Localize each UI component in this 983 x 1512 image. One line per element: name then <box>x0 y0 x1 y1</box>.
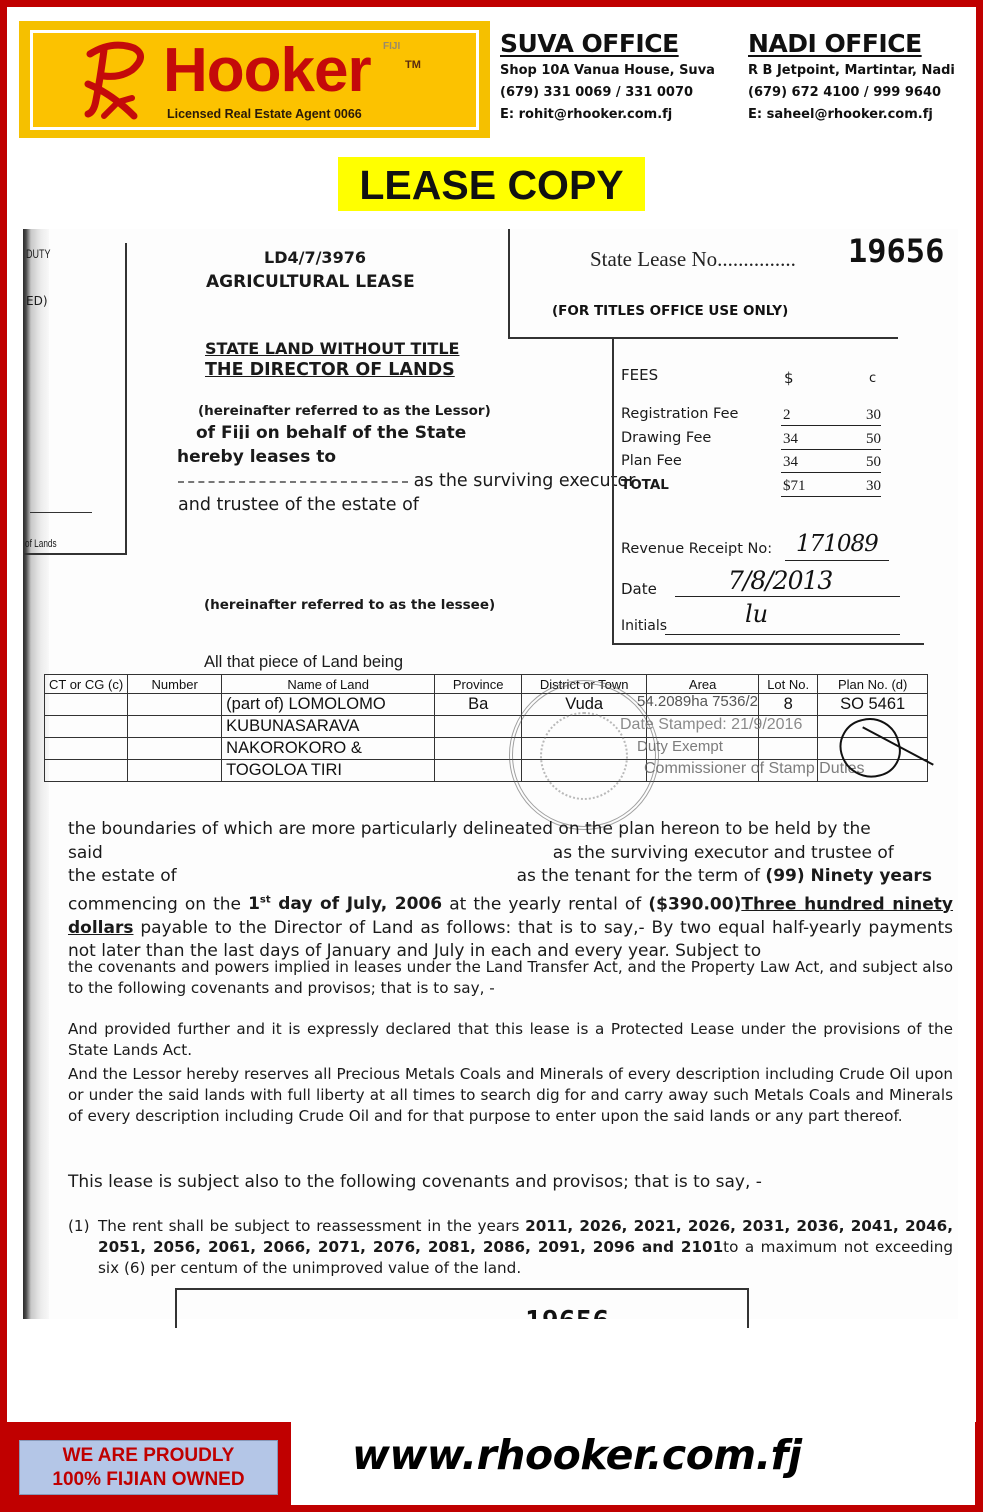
fee-row: Registration Fee 230 <box>621 406 891 430</box>
director-heading: THE DIRECTOR OF LANDS <box>205 360 455 380</box>
minerals-paragraph: And the Lessor hereby reserves all Preci… <box>68 1064 953 1127</box>
margin-duty: DUTY <box>26 247 51 261</box>
land-intro: All that piece of Land being <box>204 653 403 672</box>
trademark-mark: TM <box>405 59 421 71</box>
office-address: Shop 10A Vanua House, Suva <box>500 60 715 82</box>
date-label: Date <box>621 580 657 598</box>
nadi-office: NADI OFFICE R B Jetpoint, Martintar, Nad… <box>748 28 955 126</box>
protected-lease-paragraph: And provided further and it is expressly… <box>68 1019 953 1061</box>
date-line <box>675 596 900 597</box>
revenue-receipt-value: 171089 <box>796 531 878 557</box>
office-address: R B Jetpoint, Martintar, Nadi <box>748 60 955 82</box>
clause-number: (1) <box>68 1216 90 1237</box>
lease-type: AGRICULTURAL LEASE <box>206 272 415 292</box>
of-fiji-text: of Fiji on behalf of the State <box>196 423 466 439</box>
margin-lands: of Lands <box>25 538 57 550</box>
lessee-reference: (hereinafter referred to as the lessee) <box>204 597 495 613</box>
lease-reference: LD4/7/3976 <box>264 248 366 267</box>
state-lease-number: 19656 <box>848 232 944 270</box>
fijian-owned-badge: WE ARE PROUDLY 100% FIJIAN OWNED <box>19 1440 278 1495</box>
bottom-lease-box <box>175 1288 749 1328</box>
margin-ed: ED) <box>26 294 48 308</box>
date-value: 7/8/2013 <box>728 566 832 595</box>
state-lease-box <box>508 229 898 339</box>
office-title: NADI OFFICE <box>748 28 955 60</box>
initials-label: Initials <box>621 618 667 634</box>
revenue-receipt-line <box>785 560 889 561</box>
lease-copy-banner: LEASE COPY <box>338 157 645 211</box>
date-stamped: Date Stamped: 21/9/2016 <box>620 716 802 734</box>
website-link[interactable]: www.rhooker.com.fj <box>352 1431 802 1479</box>
suva-office: SUVA OFFICE Shop 10A Vanua House, Suva (… <box>500 28 715 126</box>
fee-total-row: TOTAL $7130 <box>621 477 891 501</box>
rh-monogram-icon <box>82 40 152 122</box>
lessor-reference: (hereinafter referred to as the Lessor) <box>198 403 491 419</box>
land-table-row: (part of) LOMOLOMOBaVuda8SO 5461 <box>45 694 928 716</box>
fee-row: Plan Fee 3450 <box>621 453 891 477</box>
margin-box <box>23 243 127 555</box>
revenue-receipt-label: Revenue Receipt No: <box>621 541 772 557</box>
subject-paragraph: This lease is subject also to the follow… <box>68 1172 953 1192</box>
lease-terms-paragraph: the boundaries of which are more particu… <box>68 818 953 964</box>
margin-signature-line <box>30 512 92 513</box>
hereby-leases-text: hereby leases to <box>177 447 336 467</box>
land-table-header: CT or CG (c) Number Name of Land Provinc… <box>45 675 928 694</box>
surviving-executor-text: as the surviving executor <box>178 471 635 491</box>
license-text: Licensed Real Estate Agent 0066 <box>167 107 362 121</box>
office-email[interactable]: E: rohit@rhooker.com.fj <box>500 104 715 126</box>
land-table-row: NAKOROKORO & <box>45 738 928 760</box>
stamp-duty-seal-inner <box>540 712 628 800</box>
fee-row: Drawing Fee 3450 <box>621 430 891 454</box>
initials-line <box>665 634 900 635</box>
brand-name: Hooker <box>163 36 371 106</box>
office-phone: (679) 672 4100 / 999 9640 <box>748 82 955 104</box>
commissioner-stamp: Commissioner of Stamp Duties <box>644 760 865 778</box>
duty-exempt: Duty Exempt <box>637 738 723 755</box>
titles-office-note: (FOR TITLES OFFICE USE ONLY) <box>552 303 788 319</box>
state-land-heading: STATE LAND WITHOUT TITLE <box>205 339 459 358</box>
bottom-lease-number: 19656 <box>525 1304 609 1319</box>
fees-header: FEES $ c <box>621 366 891 406</box>
redacted-name <box>178 481 408 489</box>
fees-table: FEES $ c Registration Fee 230 Drawing Fe… <box>621 366 891 500</box>
state-lease-label: State Lease No............... <box>590 247 796 272</box>
brand-country: FIJI <box>383 41 400 52</box>
area-overlay: 54.2089ha 7536/2 <box>637 693 758 710</box>
trustee-text: and trustee of the estate of <box>178 495 419 515</box>
office-email[interactable]: E: saheel@rhooker.com.fj <box>748 104 955 126</box>
initials-value: lu <box>745 600 768 628</box>
covenants-paragraph: the covenants and powers implied in leas… <box>68 957 953 999</box>
office-title: SUVA OFFICE <box>500 28 715 60</box>
office-phone: (679) 331 0069 / 331 0070 <box>500 82 715 104</box>
